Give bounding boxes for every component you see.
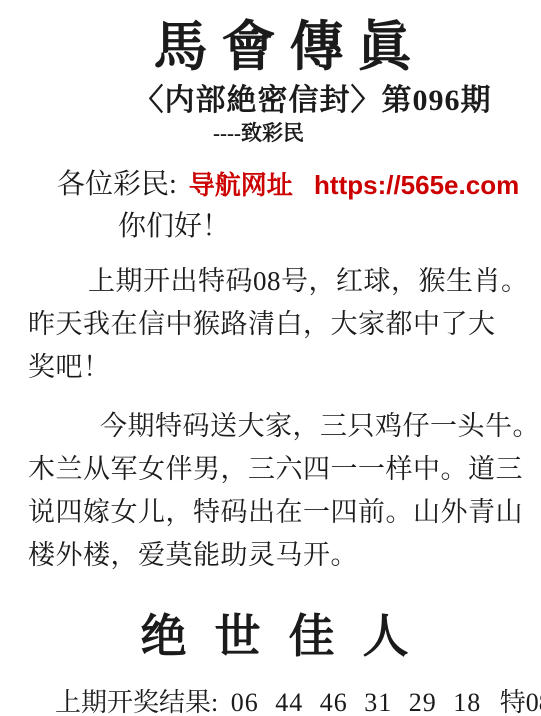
salutation-text: 各位彩民: <box>57 168 177 202</box>
paragraph-line: 今期特码送大家，三只鸡仔一头牛。 <box>28 405 531 448</box>
paragraph-line: 昨天我在信中猴路清白，大家都中了大 <box>28 303 531 346</box>
salutation-row: 各位彩民: 导航网址 https://565e.com <box>0 168 541 202</box>
page-title: 馬會傳眞 <box>0 14 541 80</box>
paragraph-line: 木兰从军女伴男，三六四一一样中。道三 <box>28 448 531 491</box>
dedication-line: ----致彩民 <box>0 120 541 146</box>
fax-leaflet-page: 馬會傳眞 〈内部絶密信封〉第096期 ----致彩民 各位彩民: 导航网址 ht… <box>0 0 541 716</box>
previous-results-numbers: 06 44 46 31 29 18 <box>231 688 482 716</box>
nav-ad-url-link[interactable]: https://565e.com <box>314 170 519 200</box>
slogan-text: 绝世佳人 <box>0 609 541 665</box>
nav-ad-label: 导航网址 <box>189 170 293 200</box>
paragraph-previous-draw: 上期开出特码08号，红球，猴生肖。 昨天我在信中猴路清白，大家都中了大 奖吧！ <box>0 260 541 389</box>
paragraph-line: 楼外楼，爱莫能助灵马开。 <box>28 534 531 577</box>
paragraph-line: 说四嫁女儿，特码出在一四前。山外青山 <box>28 491 531 534</box>
nav-ad-line: 导航网址 https://565e.com <box>189 168 519 202</box>
previous-results-label: 上期开奖结果: <box>55 688 218 716</box>
issue-subtitle: 〈内部絶密信封〉第096期 <box>0 82 541 120</box>
paragraph-line: 上期开出特码08号，红球，猴生肖。 <box>28 260 531 303</box>
previous-results-line: 上期开奖结果: 06 44 46 31 29 18 特08 <box>55 687 541 716</box>
previous-results-special-number: 特08 <box>500 688 541 716</box>
greeting-text: 你们好！ <box>118 210 541 244</box>
paragraph-line: 奖吧！ <box>28 346 531 389</box>
paragraph-current-tip: 今期特码送大家，三只鸡仔一头牛。 木兰从军女伴男，三六四一一样中。道三 说四嫁女… <box>0 405 541 577</box>
